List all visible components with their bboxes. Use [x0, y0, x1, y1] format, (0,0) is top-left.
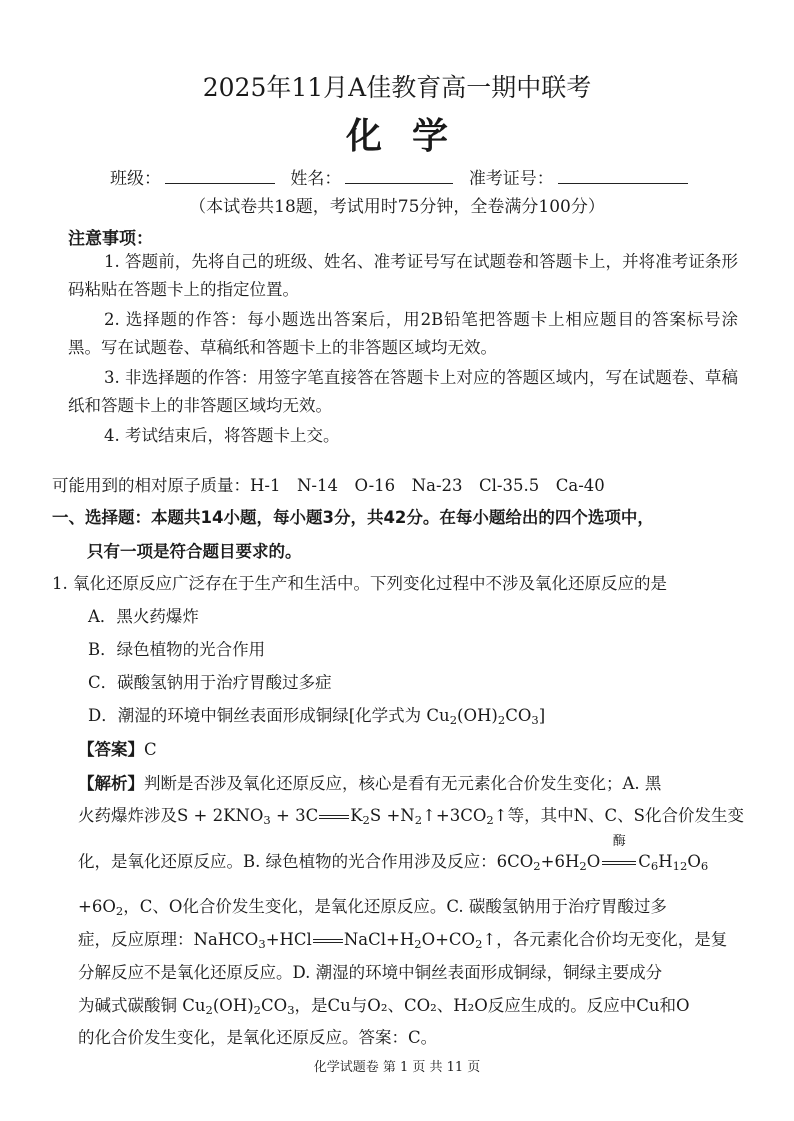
- analysis-line-6: 分解反应不是氧化还原反应。D. 潮湿的环境中铜丝表面形成铜绿，铜绿主要成分: [78, 959, 662, 983]
- exam-id-blank[interactable]: [558, 167, 688, 184]
- exam-id-label: 准考证号：: [469, 169, 554, 189]
- catalyst-label: 酶: [600, 830, 638, 849]
- notice-item-3: 3. 非选择题的作答：用签字笔直接答在答题卡上对应的答题区域内，写在试题卷、草稿…: [68, 364, 738, 420]
- option-d-text: D．潮湿的环境中铜丝表面形成铜绿[化学式为: [88, 706, 426, 725]
- section-heading-line1: 一、选择题：本题共14小题，每小题3分，共42分。在每小题给出的四个选项中，: [52, 504, 654, 528]
- analysis-line-5: 症，反应原理：NaHCO3+HClNaCl+H2O+CO2↑，各元素化合价均无变…: [78, 926, 727, 950]
- exam-title: 2025年11月A佳教育高一期中联考: [0, 68, 794, 104]
- subject-title: 化学: [0, 108, 794, 159]
- student-info-fields: 班级： 姓名： 准考证号：: [110, 164, 698, 189]
- analysis-text-7b: ，是Cu与O₂、CO₂、H₂O反应生成的。反应中Cu和O: [295, 996, 690, 1015]
- analysis-line-4: +6O2，C、O化合价发生变化，是氧化还原反应。C. 碳酸氢钠用于治疗胃酸过多: [78, 893, 667, 917]
- notice-item-2: 2. 选择题的作答：每小题选出答案后，用2B铅笔把答题卡上相应题目的答案标号涂黑…: [68, 306, 738, 362]
- equals-sign: [319, 815, 349, 819]
- option-b: B．绿色植物的光合作用: [88, 636, 265, 660]
- analysis-text-4: ，C、O化合价发生变化，是氧化还原反应。C. 碳酸氢钠用于治疗胃酸过多: [123, 897, 667, 916]
- answer-line: 【答案】C: [78, 736, 157, 760]
- analysis-line-3: 化，是氧化还原反应。B. 绿色植物的光合作用涉及反应：6CO2+6H2O酶C6H…: [78, 848, 708, 872]
- option-d: D．潮湿的环境中铜丝表面形成铜绿[化学式为 Cu2(OH)2CO3]: [88, 702, 545, 726]
- notice-item-4: 4. 考试结束后，将答题卡上交。: [68, 422, 738, 450]
- section-heading-line2: 只有一项是符合题目要求的。: [87, 538, 302, 562]
- answer-value: C: [144, 740, 157, 759]
- analysis-text-3: 化，是氧化还原反应。B. 绿色植物的光合作用涉及反应：: [78, 852, 497, 871]
- analysis-text-5b: ，各元素化合价均无变化，是复: [496, 930, 727, 949]
- option-c: C．碳酸氢钠用于治疗胃酸过多症: [88, 669, 332, 693]
- notice-heading: 注意事项：: [68, 224, 153, 249]
- option-a: A．黑火药爆炸: [88, 603, 199, 627]
- analysis-text-1: 判断是否涉及氧化还原反应，核心是看有无元素化合价发生变化；A. 黑: [144, 774, 661, 793]
- page-footer: 化学试题卷 第 1 页 共 11 页: [0, 1056, 794, 1075]
- class-blank[interactable]: [165, 167, 275, 184]
- answer-label: 【答案】: [78, 740, 144, 759]
- analysis-line-2: 火药爆炸涉及S + 2KNO3 + 3CK2S +N2↑+3CO2↑等，其中N、…: [78, 802, 744, 826]
- name-label: 姓名：: [290, 169, 341, 189]
- class-label: 班级：: [110, 169, 161, 189]
- notice-item-1: 1. 答题前，先将自己的班级、姓名、准考证号写在试题卷和答题卡上，并将准考证条形…: [68, 248, 738, 304]
- analysis-line-8: 的化合价发生变化，是氧化还原反应。答案：C。: [78, 1024, 437, 1048]
- analysis-label: 【解析】: [78, 774, 144, 793]
- exam-info: （本试卷共18题，考试用时75分钟，全卷满分100分）: [0, 192, 794, 217]
- analysis-text-5a: 症，反应原理：: [78, 930, 194, 949]
- analysis-text-7a: 为碱式碳酸铜: [78, 996, 182, 1015]
- atomic-masses: 可能用到的相对原子质量：H-1 N-14 O-16 Na-23 Cl-35.5 …: [52, 472, 605, 496]
- analysis-line-7: 为碱式碳酸铜 Cu2(OH)2CO3，是Cu与O₂、CO₂、H₂O反应生成的。反…: [78, 992, 690, 1016]
- enzyme-arrow: 酶: [600, 852, 638, 871]
- equals-sign: [313, 939, 343, 943]
- analysis-line-1: 【解析】判断是否涉及氧化还原反应，核心是看有无元素化合价发生变化；A. 黑: [78, 770, 661, 794]
- name-blank[interactable]: [345, 167, 453, 184]
- analysis-text-2b: 等，其中N、C、S化合价发生变: [508, 806, 744, 825]
- analysis-text-2a: 火药爆炸涉及: [78, 806, 177, 825]
- question-1-stem: 1. 氧化还原反应广泛存在于生产和生活中。下列变化过程中不涉及氧化还原反应的是: [52, 570, 667, 594]
